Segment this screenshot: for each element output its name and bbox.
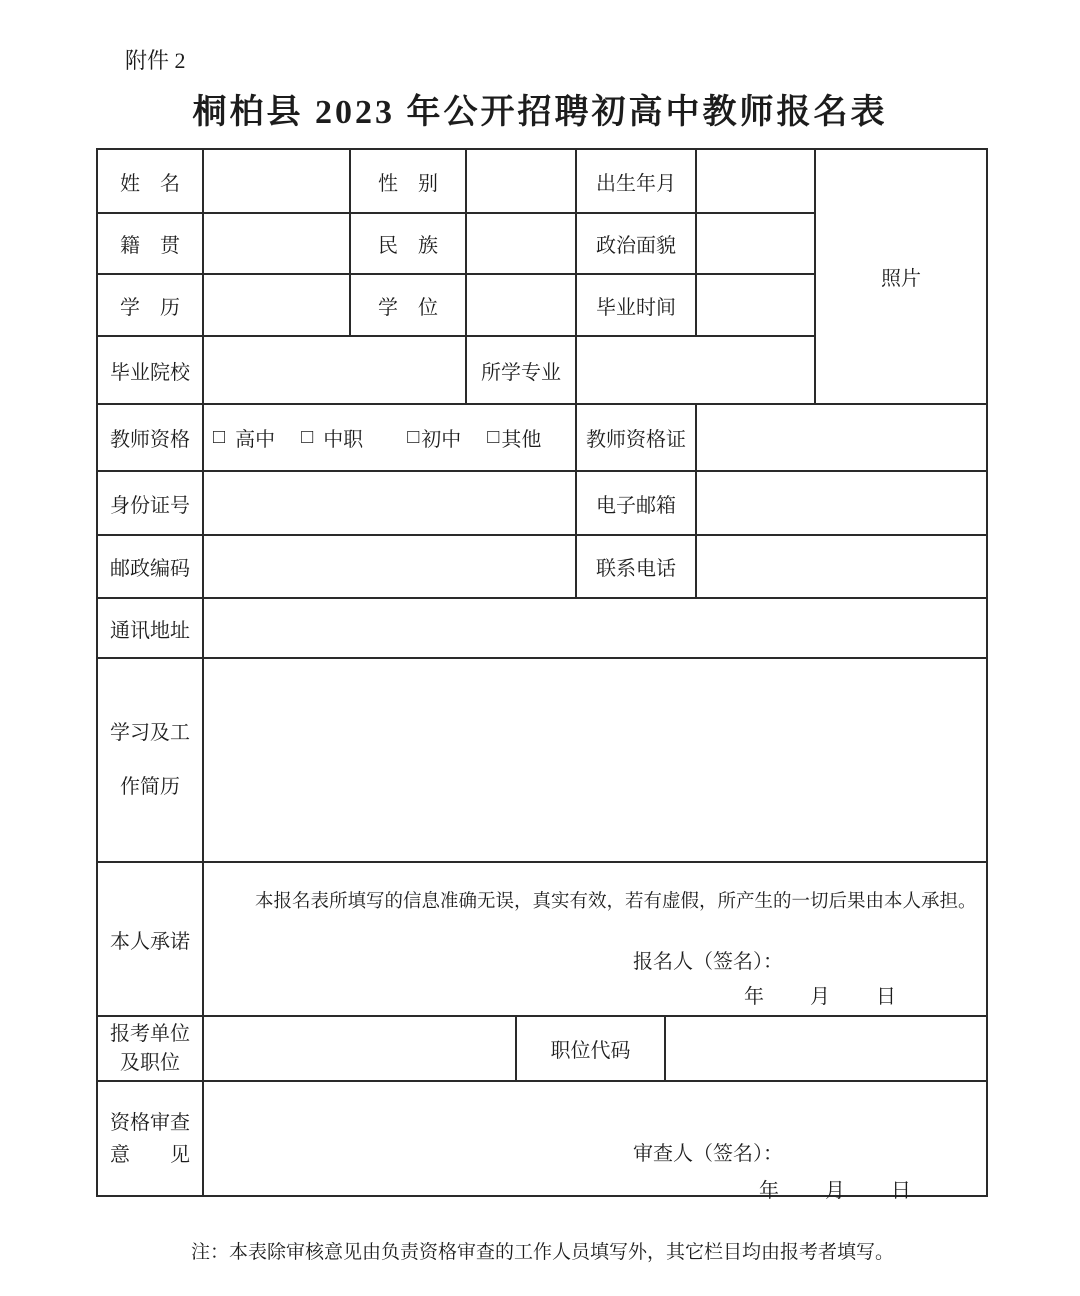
graduation-time-value-cell: [697, 275, 814, 335]
phone-label: 联系电话: [577, 536, 697, 597]
row-school-major: 毕业院校 所学专业: [98, 337, 814, 403]
ethnicity-value-cell: [467, 214, 577, 273]
major-label: 所学专业: [467, 337, 577, 403]
row-address: 通讯地址: [98, 599, 986, 659]
political-status-label: 政治面貌: [577, 214, 697, 273]
graduation-time-label: 毕业时间: [577, 275, 697, 335]
postal-code-value-cell: [204, 536, 577, 597]
education-value-cell: [204, 275, 351, 335]
checkbox-option-zhongzhi: □中职: [301, 423, 363, 452]
row-postal-phone: 邮政编码 联系电话: [98, 536, 986, 599]
checkbox-icon: □: [301, 426, 313, 449]
checkbox-option-gaozhong: □高中: [213, 423, 275, 452]
political-status-value-cell: [697, 214, 814, 273]
review-date-label: 年 月 日: [759, 1174, 986, 1203]
teacher-qualification-options: □高中 □中职 □初中 □其他: [204, 405, 577, 470]
graduate-school-label: 毕业院校: [98, 337, 204, 403]
resume-value-cell: [204, 659, 986, 861]
postal-code-label: 邮政编码: [98, 536, 204, 597]
basic-info-grid: 姓 名 性 别 出生年月 籍 贯 民 族 政治面貌 学 历: [98, 150, 814, 403]
promise-content-cell: 本报名表所填写的信息准确无误，真实有效，若有虚假，所产生的一切后果由本人承担。 …: [204, 863, 986, 1015]
email-label: 电子邮箱: [577, 472, 697, 534]
teacher-cert-no-value-cell: [697, 405, 986, 470]
review-label-line2: 意 见: [110, 1139, 190, 1171]
address-value-cell: [204, 599, 986, 657]
gender-label: 性 别: [351, 150, 467, 212]
education-label: 学 历: [98, 275, 204, 335]
document-page: 附件 2 桐柏县 2023 年公开招聘初高中教师报名表 姓 名 性 别 出生年月…: [0, 0, 1080, 1296]
position-label-line1: 报考单位: [110, 1020, 190, 1049]
checkbox-option-chuzhong: □初中: [407, 423, 461, 452]
row-promise: 本人承诺 本报名表所填写的信息准确无误，真实有效，若有虚假，所产生的一切后果由本…: [98, 863, 986, 1017]
checkbox-option-label: 高中: [235, 423, 275, 452]
name-value-cell: [204, 150, 351, 212]
review-signer-label: 审查人（签名）：: [633, 1137, 986, 1166]
resume-label-line1: 学习及工: [110, 706, 190, 760]
id-number-value-cell: [204, 472, 577, 534]
position-code-value-cell: [666, 1017, 986, 1080]
teacher-cert-no-label: 教师资格证: [577, 405, 697, 470]
application-form-table: 姓 名 性 别 出生年月 籍 贯 民 族 政治面貌 学 历: [96, 148, 988, 1197]
teacher-qualification-label: 教师资格: [98, 405, 204, 470]
address-label: 通讯地址: [98, 599, 204, 657]
checkbox-option-qita: □其他: [487, 423, 541, 452]
row-position: 报考单位 及职位 职位代码: [98, 1017, 986, 1082]
native-place-label: 籍 贯: [98, 214, 204, 273]
review-content-cell: 审查人（签名）： 年 月 日: [204, 1082, 986, 1195]
row-native-ethnicity-political: 籍 贯 民 族 政治面貌: [98, 214, 814, 275]
position-label: 报考单位 及职位: [98, 1017, 204, 1080]
review-label: 资格审查 意 见: [98, 1082, 204, 1195]
checkbox-icon: □: [213, 426, 225, 449]
resume-label: 学习及工 作简历: [98, 659, 204, 861]
photo-cell: 照片: [814, 150, 986, 403]
row-review: 资格审查 意 见 审查人（签名）： 年 月 日: [98, 1082, 986, 1195]
review-label-line1: 资格审查: [110, 1107, 190, 1139]
graduate-school-value-cell: [204, 337, 467, 403]
resume-label-line2: 作简历: [120, 760, 180, 814]
checkbox-icon: □: [407, 426, 419, 449]
checkbox-option-label: 其他: [501, 423, 541, 452]
row-id-email: 身份证号 电子邮箱: [98, 472, 986, 536]
birth-value-cell: [697, 150, 814, 212]
checkbox-option-label: 中职: [323, 423, 363, 452]
promise-statement: 本报名表所填写的信息准确无误，真实有效，若有虚假，所产生的一切后果由本人承担。: [204, 887, 986, 913]
phone-value-cell: [697, 536, 986, 597]
basic-info-section: 姓 名 性 别 出生年月 籍 贯 民 族 政治面貌 学 历: [98, 150, 986, 405]
row-resume: 学习及工 作简历: [98, 659, 986, 863]
checkbox-icon: □: [487, 426, 499, 449]
major-value-cell: [577, 337, 814, 403]
promise-label: 本人承诺: [98, 863, 204, 1015]
degree-label: 学 位: [351, 275, 467, 335]
row-teacher-qualification: 教师资格 □高中 □中职 □初中 □其他 教师资格证: [98, 405, 986, 472]
gender-value-cell: [467, 150, 577, 212]
birth-label: 出生年月: [577, 150, 697, 212]
checkbox-option-label: 初中: [421, 423, 461, 452]
name-label: 姓 名: [98, 150, 204, 212]
position-code-label: 职位代码: [517, 1017, 666, 1080]
native-place-value-cell: [204, 214, 351, 273]
promise-date-label: 年 月 日: [744, 980, 986, 1009]
email-value-cell: [697, 472, 986, 534]
photo-label: 照片: [881, 262, 921, 291]
attachment-label: 附件 2: [125, 46, 1080, 76]
promise-signer-label: 报名人（签名）：: [633, 945, 986, 974]
id-number-label: 身份证号: [98, 472, 204, 534]
ethnicity-label: 民 族: [351, 214, 467, 273]
footnote: 注：本表除审核意见由负责资格审查的工作人员填写外，其它栏目均由报考者填写。: [191, 1237, 1080, 1264]
row-name-gender-birth: 姓 名 性 别 出生年月: [98, 150, 814, 214]
form-title: 桐柏县 2023 年公开招聘初高中教师报名表: [0, 92, 1080, 134]
position-label-line2: 及职位: [120, 1049, 180, 1078]
position-value-cell: [204, 1017, 517, 1080]
degree-value-cell: [467, 275, 577, 335]
row-education-degree-graduation: 学 历 学 位 毕业时间: [98, 275, 814, 337]
